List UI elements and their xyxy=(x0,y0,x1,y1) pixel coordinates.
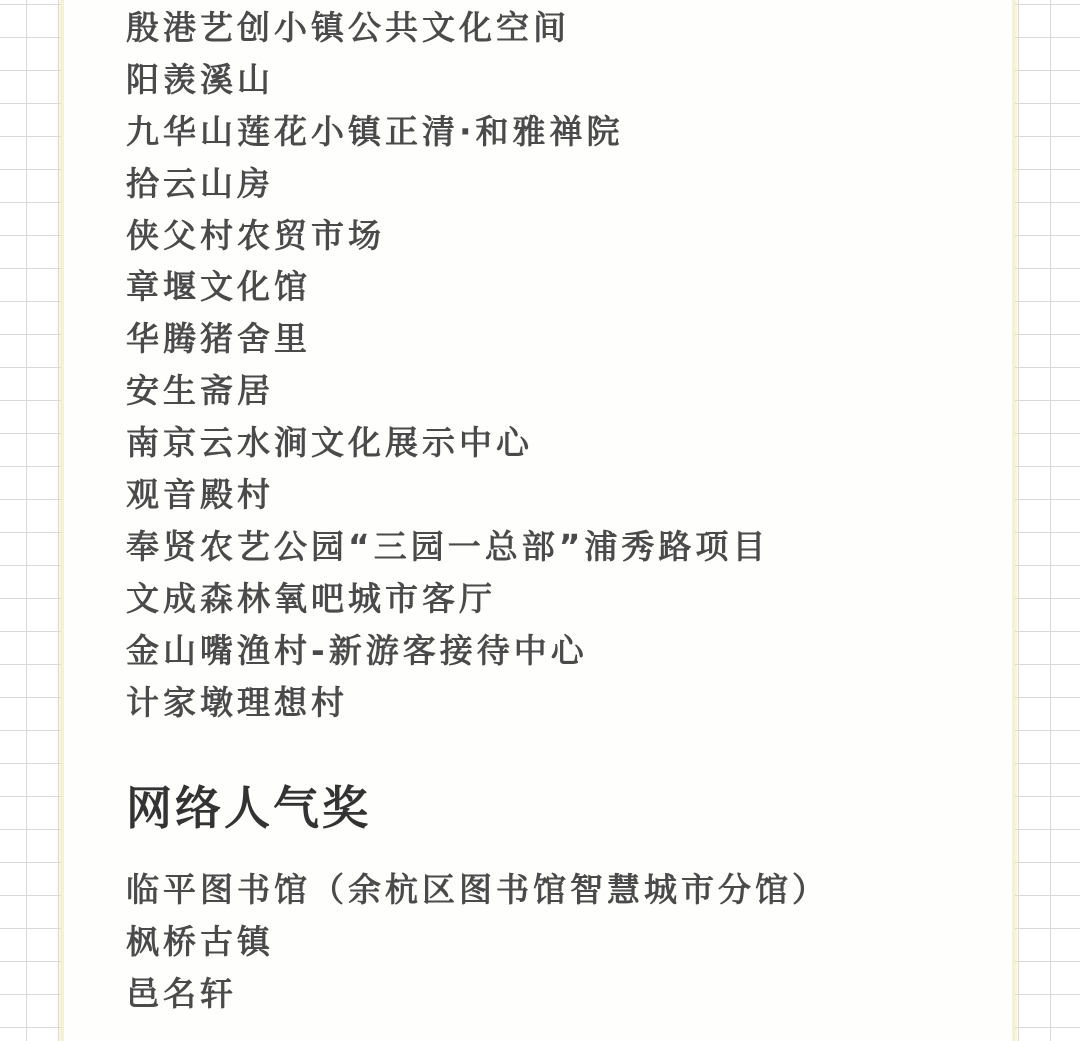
list-item: 南京云水涧文化展示中心 xyxy=(126,417,769,469)
list-item: 观音殿村 xyxy=(126,469,769,521)
list-item: 九华山莲花小镇正清·和雅禅院 xyxy=(126,106,769,158)
list-item: 华腾猪舍里 xyxy=(126,313,769,365)
list-item: 安生斋居 xyxy=(126,365,769,417)
list-item: 章堰文化馆 xyxy=(126,261,769,313)
list-item: 计家墩理想村 xyxy=(126,677,769,729)
list-item: 拾云山房 xyxy=(126,158,769,210)
list-item: 殷港艺创小镇公共文化空间 xyxy=(126,2,769,54)
award-list: 殷港艺创小镇公共文化空间 阳羡溪山 九华山莲花小镇正清·和雅禅院 拾云山房 侠父… xyxy=(126,2,769,728)
list-item: 文成森林氧吧城市客厅 xyxy=(126,573,769,625)
list-item: 阳羡溪山 xyxy=(126,54,769,106)
popular-award-list: 临平图书馆（余杭区图书馆智慧城市分馆） 枫桥古镇 邑名轩 xyxy=(126,864,829,1020)
list-item: 临平图书馆（余杭区图书馆智慧城市分馆） xyxy=(126,864,829,916)
list-item: 枫桥古镇 xyxy=(126,916,829,968)
section-title-popular-award: 网络人气奖 xyxy=(126,778,371,838)
list-item: 侠父村农贸市场 xyxy=(126,210,769,262)
list-item: 邑名轩 xyxy=(126,968,829,1020)
list-item: 奉贤农艺公园“三园一总部”浦秀路项目 xyxy=(126,521,769,573)
list-item: 金山嘴渔村-新游客接待中心 xyxy=(126,625,769,677)
